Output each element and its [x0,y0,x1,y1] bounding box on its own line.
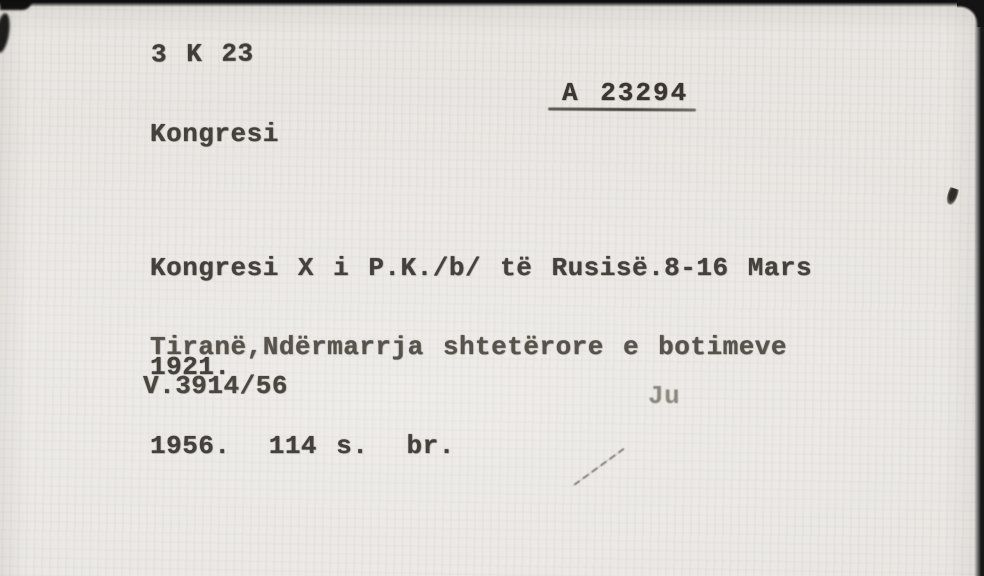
call-number: 3 K 23 [151,38,254,72]
scan-corner-top-right [957,0,984,27]
scan-edge-right [974,0,984,576]
heading-entry: Kongresi [150,118,279,151]
accession-number: A 23294 [562,77,688,110]
scan-corner-top-left [0,0,32,10]
catalog-card-scan: 3 K 23 A 23294 Kongresi Kongresi X i P.K… [0,0,984,576]
scan-edge-top [0,0,984,7]
cataloguer-initials: Ju [648,380,680,413]
ink-speck [945,187,960,206]
imprint-line-2: 1956. 114 s. br. [150,430,787,463]
imprint-line-1: Tiranë,Ndërmarrja shtetërore e botimeve [150,331,787,364]
accession-underline [548,107,696,111]
scan-edge-left-mark [0,12,12,54]
shelf-number: V.3914/56 [143,370,288,403]
